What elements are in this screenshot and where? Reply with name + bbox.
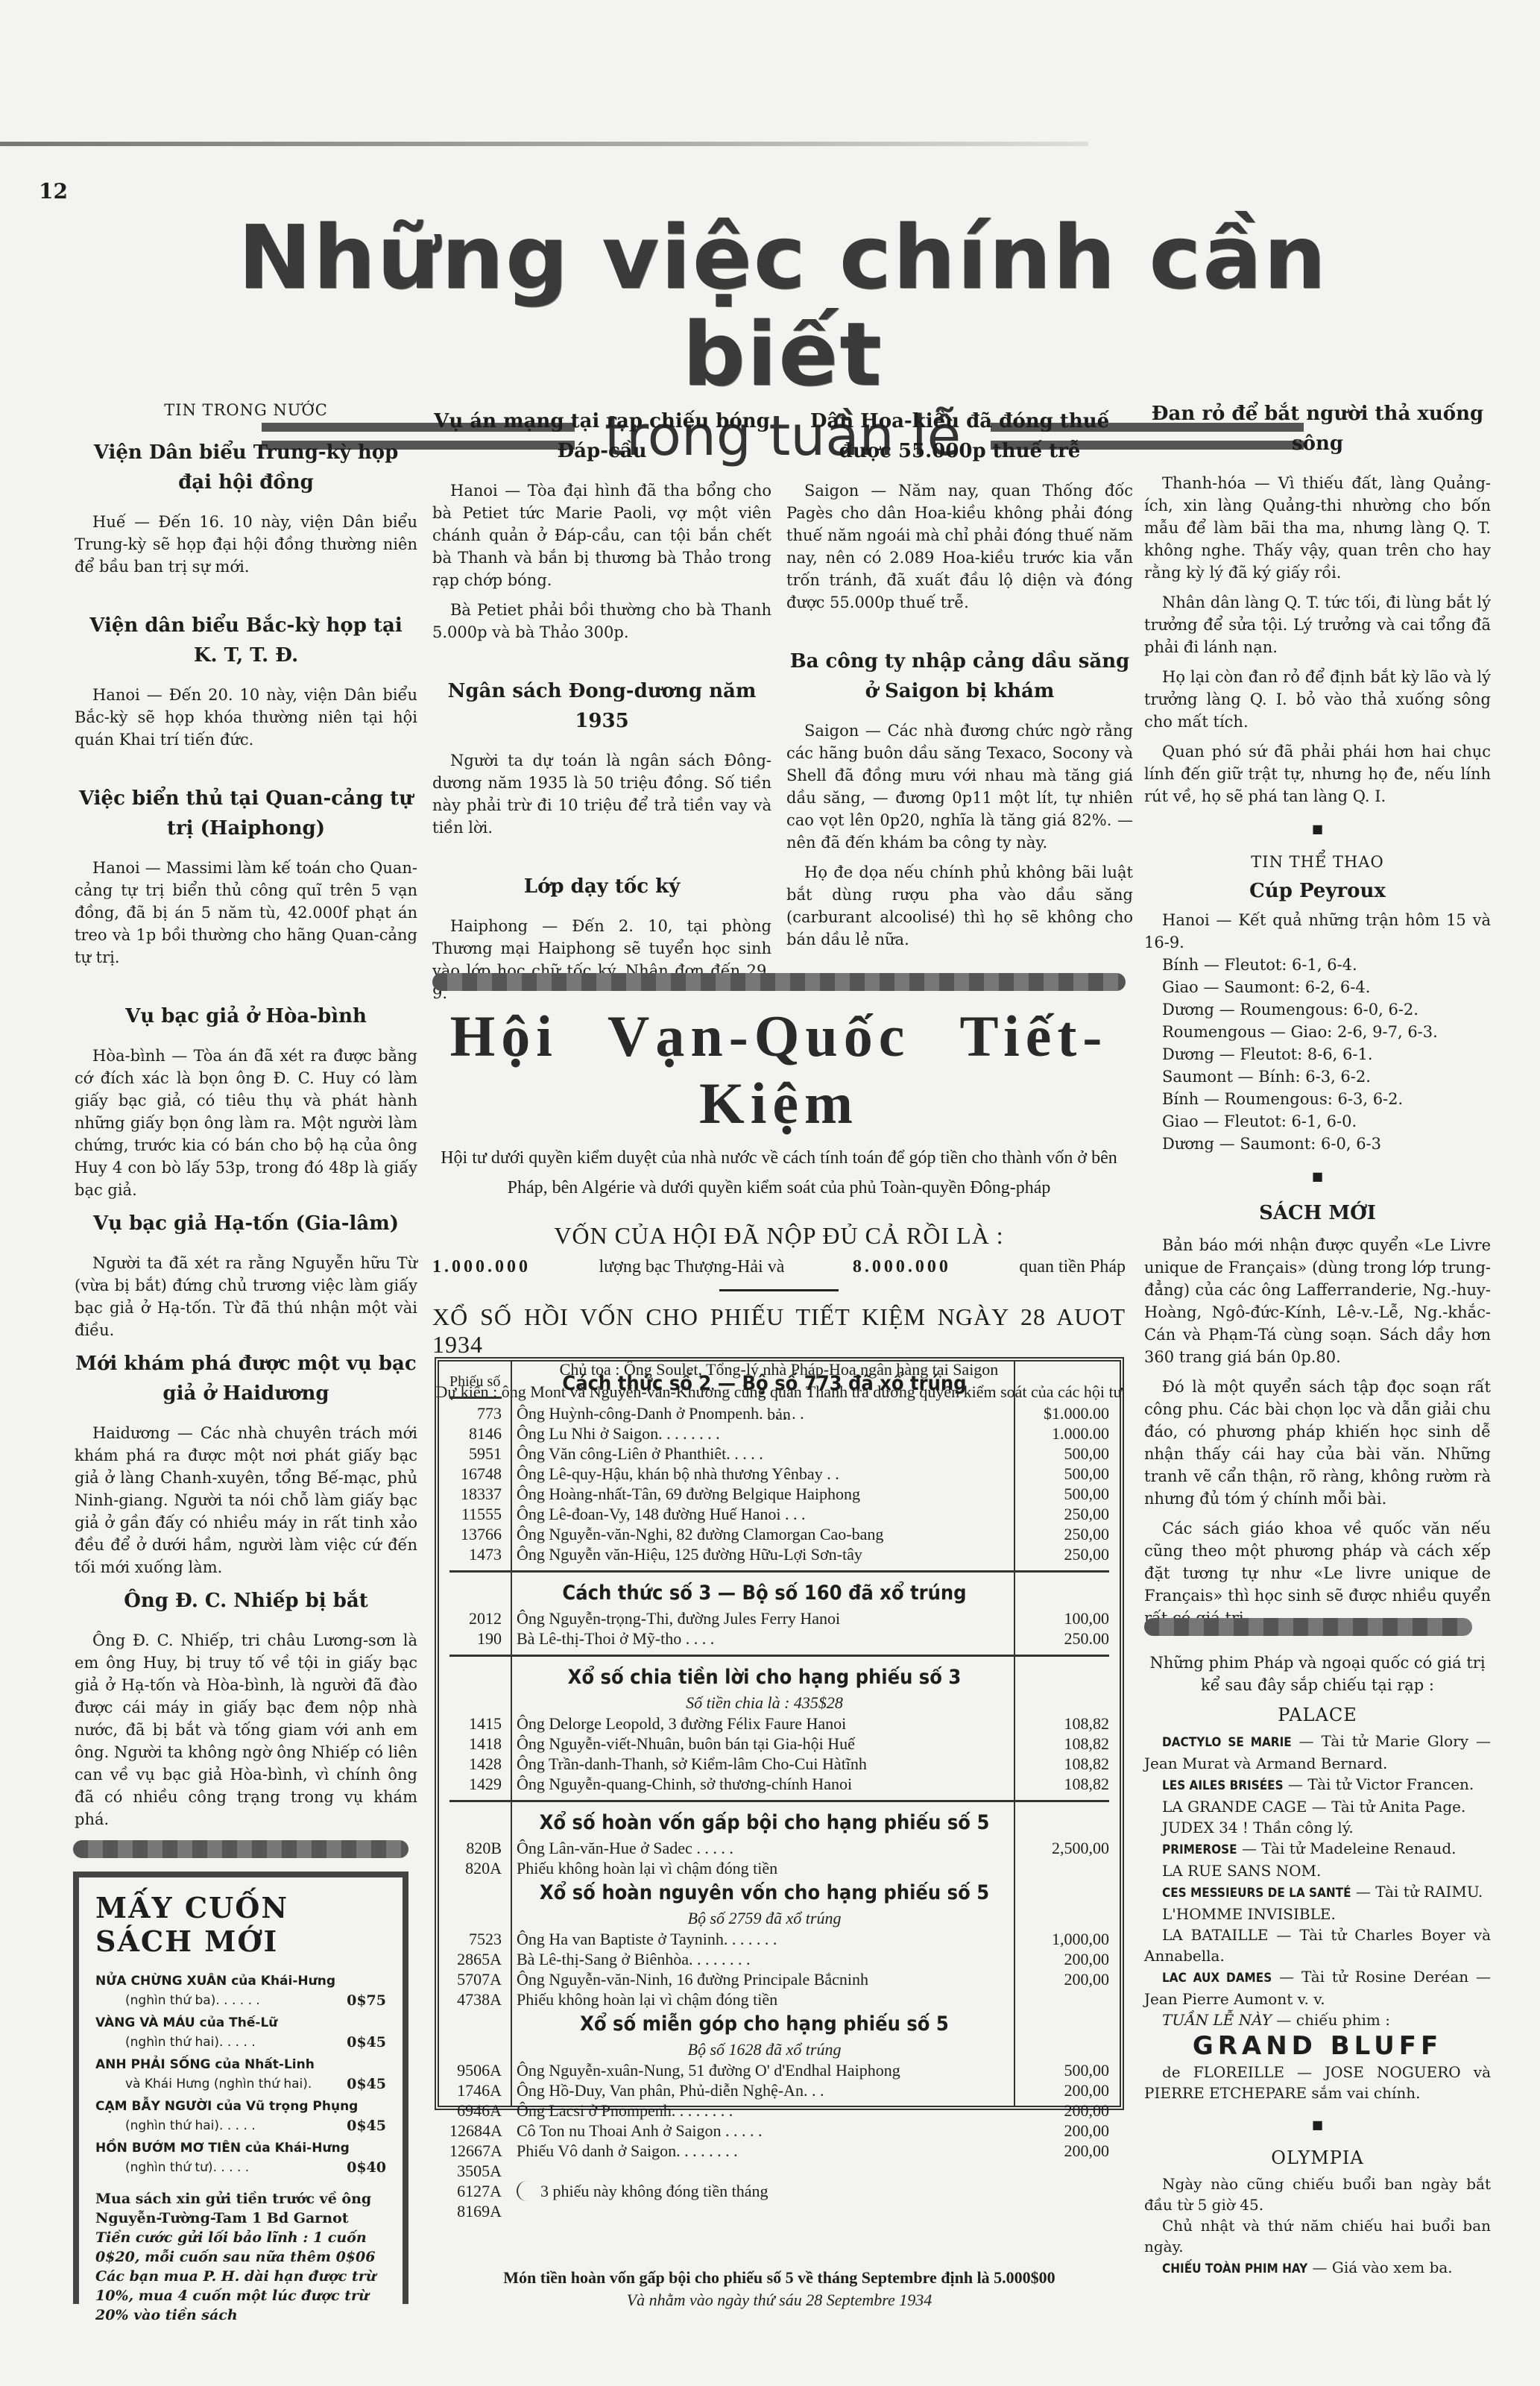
shipping-note: Tiền cước gửi lối bảo lĩnh : 1 cuốn 0$20… (95, 2228, 386, 2325)
article-headline: Cúp Peyroux (1144, 876, 1491, 906)
table-row: 2865ABà Lê-thị-Sang ở Biênhòa. . . . . .… (449, 1949, 1109, 1969)
article-body: Họ đe dọa nếu chính phủ không bãi luật b… (786, 861, 1133, 951)
column-4: Đan rỏ để bắt người thả xuống sông Thanh… (1144, 399, 1491, 1637)
section-title: Xổ số hoàn vốn gấp bội cho hạng phiếu số… (517, 1808, 1012, 1838)
table-row: 12684ACô Ton nu Thoai Anh ở Saigon . . .… (449, 2121, 1109, 2141)
article-headline: Vụ bạc giả ở Hòa-bình (75, 1001, 417, 1031)
article-headline: Lớp dạy tốc ký (432, 872, 771, 901)
film-item: PRIMEROSE — Tài tử Madeleine Renaud. (1144, 1838, 1491, 1860)
article-body: Bản báo mới nhận được quyển «Le Livre un… (1144, 1234, 1491, 1368)
lottery-results-table: Phiếu số Cách thức số 2 — Bộ số 773 đã x… (435, 1357, 1124, 2110)
top-rule (0, 142, 1088, 146)
article-body: Các sách giáo khoa về quốc văn nếu cũng … (1144, 1517, 1491, 1629)
article-headline: Vụ bạc giả Hạ-tốn (Gia-lâm) (75, 1209, 417, 1238)
book-price: 0$45 (347, 2074, 386, 2094)
lottery-section: Xổ số chia tiền lời cho hạng phiếu số 3 … (449, 1663, 1109, 1802)
column-header-ticket-number: Phiếu số (449, 1372, 502, 1399)
lottery-section: Xổ số miễn góp cho hạng phiếu số 5 Bộ số… (449, 2009, 1109, 2221)
article-headline: Viện Dân biểu Trung-kỳ họp đại hội đồng (75, 438, 417, 497)
section-label: TIN THỂ THAO (1144, 851, 1491, 873)
article-body: Người ta dự toán là ngân sách Đông-dương… (432, 749, 771, 839)
section-subtitle: Bộ số 2759 đã xổ trúng (517, 1908, 1012, 1929)
table-row: 8146Ông Lu Nhi ở Saigon. . . . . . . .1.… (449, 1423, 1109, 1444)
book-item: NỬA CHỪNG XUÂN của Khái-Hưng (nghìn thứ … (95, 1971, 386, 2010)
film-item: JUDEX 34 ! Thần công lý. (1144, 1817, 1491, 1838)
capital-title: VỐN CỦA HỘI ĐÃ NỘP ĐỦ CẢ RỒI LÀ : (432, 1222, 1126, 1250)
column-domestic-news: TIN TRONG NƯỚC Viện Dân biểu Trung-kỳ họ… (75, 399, 417, 1838)
column-3: Dân Hoa-kiều đã đóng thuế được 55.000p t… (786, 399, 1133, 958)
match-result: Dương — Fleutot: 8-6, 6-1. (1144, 1043, 1491, 1065)
article-body: Hòa-bình — Tòa án đã xét ra được bằng cớ… (75, 1045, 417, 1201)
table-row: 1473Ông Nguyễn văn-Hiệu, 125 đường Hữu-L… (449, 1544, 1109, 1564)
new-books: SÁCH MỚI Bản báo mới nhận được quyển «Le… (1144, 1198, 1491, 1629)
article-body: Haiphong — Đến 2. 10, tại phòng Thương m… (432, 915, 771, 1004)
table-row: 11555Ông Lê-đoan-Vy, 148 đường Huế Hanoi… (449, 1504, 1109, 1524)
square-bullet-icon: ■ (1144, 2114, 1491, 2136)
section-title: Cách thức số 3 — Bộ số 160 đã xổ trúng (517, 1578, 1012, 1608)
article: Mới khám phá được một vụ bạc giả ở Haidư… (75, 1349, 417, 1578)
footer-line: Món tiền hoàn vốn gấp bội cho phiếu số 5… (435, 2267, 1124, 2289)
table-row: 5951Ông Văn công-Liên ở Phanthiêt. . . .… (449, 1444, 1109, 1464)
column-2: Vụ án mạng tại rạp chiếu bóng Đáp-cầu Ha… (432, 399, 771, 1012)
olympia-text: Chủ nhật và thứ năm chiếu hai buổi ban n… (1144, 2215, 1491, 2257)
article: Đan rỏ để bắt người thả xuống sông Thanh… (1144, 399, 1491, 808)
section-label: TIN TRONG NƯỚC (75, 399, 417, 421)
wavy-divider (1144, 1618, 1472, 1636)
draw-title: XỔ SỐ HỒI VỐN CHO PHIẾU TIẾT KIỆM NGÀY 2… (432, 1303, 1126, 1359)
match-result: Bính — Fleutot: 6-1, 6-4. (1144, 954, 1491, 976)
section-title: Xổ số hoàn nguyên vốn cho hạng phiếu số … (517, 1878, 1012, 1908)
article-headline: Viện dân biểu Bắc-kỳ họp tại K. T, T. Đ. (75, 611, 417, 670)
masthead-title: Những việc chính cần biết (179, 209, 1386, 403)
section-title: Xổ số chia tiền lời cho hạng phiếu số 3 (517, 1663, 1012, 1693)
lottery-body: Phiếu số Cách thức số 2 — Bộ số 773 đã x… (449, 1369, 1109, 2221)
article-body: Thanh-hóa — Vì thiếu đất, làng Quảng-ích… (1144, 472, 1491, 584)
article-body: Bà Petiet phải bồi thường cho bà Thanh 5… (432, 599, 771, 643)
article-headline: Dân Hoa-kiều đã đóng thuế được 55.000p t… (786, 406, 1133, 466)
article: Ông Đ. C. Nhiếp bị bắt Ông Đ. C. Nhiếp, … (75, 1586, 417, 1831)
book-price: 0$40 (347, 2158, 386, 2177)
table-row: 1418Ông Nguyễn-viết-Nhuân, buôn bán tại … (449, 1734, 1109, 1754)
section-title: Cách thức số 2 — Bộ số 773 đã xổ trúng (517, 1369, 1012, 1399)
table-row: 820BÔng Lân-văn-Hue ở Sadec . . . . .2,5… (449, 1838, 1109, 1858)
article: Ngân sách Đong-dương năm 1935 Người ta d… (432, 676, 771, 839)
match-result: Roumengous — Giao: 2-6, 9-7, 6-3. (1144, 1021, 1491, 1043)
film-item: CES MESSIEURS DE LA SANTÉ — Tài tử RAIMU… (1144, 1881, 1491, 1904)
films-intro: Những phim Pháp và ngoại quốc có giá trị… (1144, 1652, 1491, 1696)
table-row: 18337Ông Hoàng-nhất-Tân, 69 đường Belgiq… (449, 1484, 1109, 1504)
lottery-section: Cách thức số 3 — Bộ số 160 đã xổ trúng 2… (449, 1578, 1109, 1657)
film-item: L'HOMME INVISIBLE. (1144, 1904, 1491, 1924)
match-result: Dương — Saumont: 6-0, 6-3 (1144, 1133, 1491, 1155)
table-row: 16748Ông Lê-quy-Hậu, khán bộ nhà thương … (449, 1464, 1109, 1484)
film-item: LA RUE SANS NOM. (1144, 1860, 1491, 1881)
article-body: Ông Đ. C. Nhiếp, tri châu Lương-sơn là e… (75, 1629, 417, 1831)
film-item: LA GRANDE CAGE — Tài tử Anita Page. (1144, 1796, 1491, 1817)
article: Vụ bạc giả Hạ-tốn (Gia-lâm) Người ta đã … (75, 1209, 417, 1341)
film-listings: Những phim Pháp và ngoại quốc có giá trị… (1144, 1652, 1491, 2279)
article-body: Đó là một quyển sách tập đọc soạn rất cô… (1144, 1376, 1491, 1510)
sports-news: TIN THỂ THAO Cúp Peyroux Hanoi — Kết quả… (1144, 851, 1491, 1155)
ad-description: Hội tư dưới quyền kiểm duyệt của nhà nướ… (432, 1143, 1126, 1203)
book-box-title: MẤY CUỐN SÁCH MỚI (95, 1891, 386, 1958)
lottery-section: Phiếu số Cách thức số 2 — Bộ số 773 đã x… (449, 1369, 1109, 1573)
this-week: TUẦN LỄ NÀY — chiếu phim : (1144, 2009, 1491, 2030)
article: Viện dân biểu Bắc-kỳ họp tại K. T, T. Đ.… (75, 611, 417, 751)
article-body: Nhân dân làng Q. T. tức tối, đi lùng bắt… (1144, 591, 1491, 658)
lottery-section: Xổ số hoàn vốn gấp bội cho hạng phiếu số… (449, 1808, 1109, 1878)
table-row: 1428Ông Trần-danh-Thanh, sở Kiểm-lâm Cho… (449, 1754, 1109, 1774)
capital-amounts: 1.000.000 lượng bạc Thượng-Hải và 8.000.… (432, 1257, 1126, 1277)
section-subtitle: Bộ số 1628 đã xổ trúng (517, 2039, 1012, 2060)
article: Việc biển thủ tại Quan-cảng tự trị (Haip… (75, 784, 417, 969)
theater-name: OLYMPIA (1144, 2147, 1491, 2169)
lottery-footer: Món tiền hoàn vốn gấp bội cho phiếu số 5… (435, 2267, 1124, 2311)
order-info: Mua sách xin gửi tiền trước về ông Nguyễ… (95, 2189, 386, 2228)
divider (719, 1289, 839, 1291)
match-result: Giao — Saumont: 6-2, 6-4. (1144, 976, 1491, 998)
column-divider (511, 1362, 512, 2106)
table-row: 9506AÔng Nguyễn-xuân-Nung, 51 đường O' d… (449, 2060, 1109, 2080)
article-body: Hanoi — Kết quả những trận hôm 15 và 16-… (1144, 909, 1491, 954)
film-item: LA BATAILLE — Tài tử Charles Boyer và An… (1144, 1924, 1491, 1966)
article-headline: Mới khám phá được một vụ bạc giả ở Haidư… (75, 1349, 417, 1408)
book-item: VÀNG VÀ MÁU của Thế-Lữ (nghìn thứ hai). … (95, 2013, 386, 2052)
article-body: Hanoi — Tòa đại hình đã tha bổng cho bà … (432, 479, 771, 591)
match-result: Giao — Fleutot: 6-1, 6-0. (1144, 1110, 1491, 1133)
olympia-tagline: CHIẾU TOÀN PHIM HAY — Giá vào xem ba. (1144, 2257, 1491, 2279)
newspaper-page: 12 Những việc chính cần biết trong tuần … (0, 0, 1540, 2386)
match-result: Saumont — Bính: 6-3, 6-2. (1144, 1065, 1491, 1088)
table-row: 1415Ông Delorge Leopold, 3 đường Félix F… (449, 1713, 1109, 1734)
section-subtitle: Số tiền chia là : 435$28 (517, 1693, 1012, 1713)
book-item: HỒN BƯỚM MƠ TIÊN của Khái-Hưng (nghìn th… (95, 2138, 386, 2177)
table-row: 4738APhiếu không hoàn lại vì chậm đóng t… (449, 1989, 1109, 2009)
article-headline: Ông Đ. C. Nhiếp bị bắt (75, 1586, 417, 1616)
ad-title: Hội Vạn-Quốc Tiết-Kiệm (432, 1003, 1126, 1137)
square-bullet-icon: ■ (1144, 818, 1491, 840)
new-books-box: MẤY CUỐN SÁCH MỚI NỬA CHỪNG XUÂN của Khá… (73, 1872, 408, 2304)
book-price: 0$45 (347, 2116, 386, 2135)
film-item: LES AILES BRISÉES — Tài tử Victor France… (1144, 1774, 1491, 1796)
wavy-divider (73, 1840, 408, 1858)
book-item: ANH PHẢI SỐNG của Nhất-Linh và Khái Hưng… (95, 2055, 386, 2094)
book-price: 0$45 (347, 2033, 386, 2052)
table-row: 2012Ông Nguyễn-trọng-Thi, đường Jules Fe… (449, 1608, 1109, 1628)
square-bullet-icon: ■ (1144, 1165, 1491, 1188)
unpaid-tickets: 3505A 6127A 8169A 3 phiếu này không đóng… (449, 2161, 1109, 2221)
table-row: 1429Ông Nguyễn-quang-Chinh, sở thương-ch… (449, 1774, 1109, 1794)
theater-name: PALACE (1144, 1704, 1491, 1726)
article-body: Quan phó sứ đã phải phái hơn hai chục lí… (1144, 740, 1491, 808)
article-headline: Ngân sách Đong-dương năm 1935 (432, 676, 771, 736)
article: Vụ án mạng tại rạp chiếu bóng Đáp-cầu Ha… (432, 406, 771, 643)
article-headline: Ba công ty nhập cảng dầu săng ở Saigon b… (786, 646, 1133, 706)
article: Ba công ty nhập cảng dầu săng ở Saigon b… (786, 646, 1133, 951)
article-body: Người ta đã xét ra rằng Nguyễn hữu Từ (v… (75, 1252, 417, 1341)
article-headline: Đan rỏ để bắt người thả xuống sông (1144, 399, 1491, 459)
article-body: Saigon — Năm nay, quan Thống đốc Pagès c… (786, 479, 1133, 614)
article-headline: Vụ án mạng tại rạp chiếu bóng Đáp-cầu (432, 406, 771, 466)
table-row: 773Ông Huỳnh-công-Danh ở Pnompenh. . . .… (449, 1403, 1109, 1423)
article-body: Saigon — Các nhà đương chức ngờ rằng các… (786, 720, 1133, 854)
table-row: 1746AÔng Hồ-Duy, Van phân, Phủ-diễn Nghệ… (449, 2080, 1109, 2100)
film-item: DACTYLO SE MARIE — Tài tử Marie Glory — … (1144, 1731, 1491, 1774)
article-headline: SÁCH MỚI (1144, 1198, 1491, 1228)
film-item: LAC AUX DAMES — Tài tử Rosine Deréan — J… (1144, 1966, 1491, 2009)
table-row: 190Bà Lê-thị-Thoi ở Mỹ-tho . . . .250.00 (449, 1628, 1109, 1649)
match-result: Dương — Roumengous: 6-0, 6-2. (1144, 998, 1491, 1021)
book-price: 0$75 (347, 1991, 386, 2010)
article-body: Hanoi — Đến 20. 10 này, viện Dân biểu Bắ… (75, 684, 417, 751)
column-divider (1014, 1362, 1015, 2106)
olympia-text: Ngày nào cũng chiếu buổi ban ngày bắt đầ… (1144, 2173, 1491, 2215)
article: Dân Hoa-kiều đã đóng thuế được 55.000p t… (786, 406, 1133, 614)
article: Vụ bạc giả ở Hòa-bình Hòa-bình — Tòa án … (75, 1001, 417, 1201)
table-row: 7523Ông Ha van Baptiste ở Tayninh. . . .… (449, 1929, 1109, 1949)
article: Viện Dân biểu Trung-kỳ họp đại hội đồng … (75, 438, 417, 578)
wavy-divider (432, 973, 1126, 991)
article-body: Huế — Đến 16. 10 này, viện Dân biểu Trun… (75, 511, 417, 578)
table-row: 12667APhiếu Vô danh ở Saigon. . . . . . … (449, 2141, 1109, 2161)
section-title: Xổ số miễn góp cho hạng phiếu số 5 (517, 2009, 1012, 2039)
table-row: 5707AÔng Nguyễn-văn-Ninh, 16 đường Princ… (449, 1969, 1109, 1989)
lottery-section: Xổ số hoàn nguyên vốn cho hạng phiếu số … (449, 1878, 1109, 2009)
article-body: Hanoi — Massimi làm kế toán cho Quan-cản… (75, 857, 417, 969)
table-row: 6946AÔng Lacsi ở Pnompenh. . . . . . . .… (449, 2100, 1109, 2121)
unpaid-note: 3 phiếu này không đóng tiền tháng (517, 2181, 1012, 2201)
article-body: Haidương — Các nhà chuyên trách mới khám… (75, 1422, 417, 1578)
table-row: 13766Ông Nguyễn-văn-Nghi, 82 đường Clamo… (449, 1524, 1109, 1544)
feature-film: GRAND BLUFF (1144, 2035, 1491, 2057)
match-result: Bính — Roumengous: 6-3, 6-2. (1144, 1088, 1491, 1110)
footer-line: Và nhằm vào ngày thứ sáu 28 Septembre 19… (627, 2291, 932, 2309)
book-item: CẠM BẪY NGƯỜI của Vũ trọng Phụng (nghìn … (95, 2097, 386, 2135)
article-body: Họ lại còn đan rỏ để định bắt kỳ lão và … (1144, 666, 1491, 733)
table-row: 820APhiếu không hoàn lại vì chậm đóng ti… (449, 1858, 1109, 1878)
article-headline: Việc biển thủ tại Quan-cảng tự trị (Haip… (75, 784, 417, 843)
feature-cast: de FLOREILLE — JOSE NOGUERO và PIERRE ET… (1144, 2062, 1491, 2103)
page-number: 12 (39, 179, 68, 204)
